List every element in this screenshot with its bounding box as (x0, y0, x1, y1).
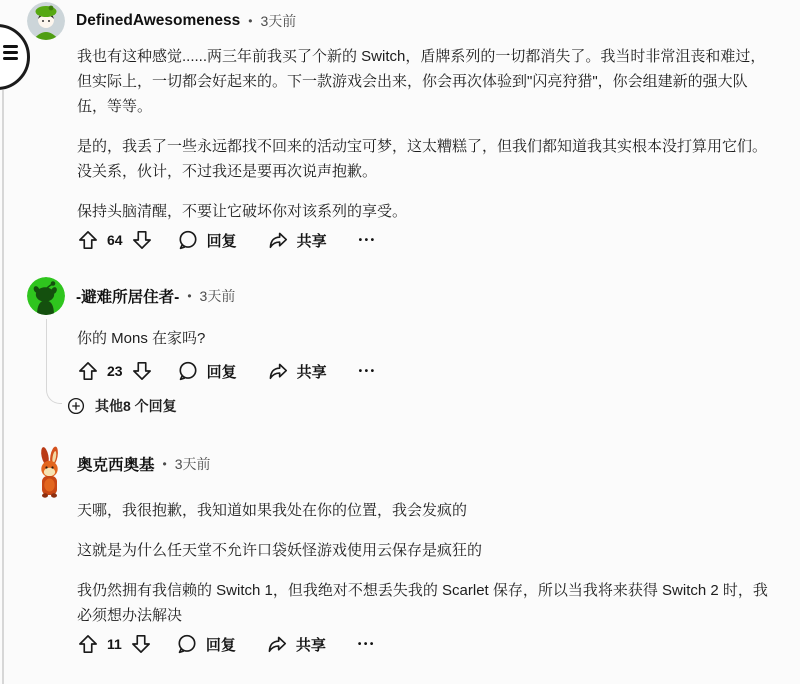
downvote-arrow-icon (130, 633, 152, 655)
comment-action-bar: 64 回复 共享 ••• (77, 226, 789, 254)
upvote-arrow-icon (77, 360, 99, 382)
meta-separator: • (248, 14, 252, 28)
expand-replies-button[interactable]: 其他8 个回复 (61, 395, 183, 417)
meta-separator: • (163, 457, 167, 471)
reply-label: 回复 (207, 361, 237, 382)
downvote-button[interactable] (130, 633, 152, 655)
timestamp: 3天前 (175, 454, 211, 474)
share-button[interactable]: 共享 (267, 229, 327, 251)
reply-button[interactable]: 回复 (176, 633, 236, 655)
comment-paragraph: 是的，我丢了一些永远都找不回来的活动宝可梦，这太糟糕了，但我们都知道我其实根本没… (77, 134, 777, 184)
comment-action-bar: 11 回复 共享 ••• (77, 630, 789, 658)
comment-bubble-icon (177, 360, 199, 382)
comment-bubble-icon (176, 633, 198, 655)
overflow-menu-button[interactable]: ••• (359, 366, 377, 377)
downvote-arrow-icon (131, 229, 153, 251)
comment-body: 天哪，我很抱歉，我知道如果我处在你的位置，我会发疯的 这就是为什么任天堂不允许口… (77, 498, 777, 628)
reply-button[interactable]: 回复 (177, 229, 237, 251)
expand-replies-label: 其他8 个回复 (95, 396, 177, 416)
share-label: 共享 (297, 230, 327, 251)
vote-count: 64 (107, 232, 123, 248)
comment-action-bar: 23 回复 共享 ••• (77, 357, 789, 385)
username[interactable]: -避难所居住者- (76, 285, 179, 307)
share-button[interactable]: 共享 (267, 360, 327, 382)
downvote-button[interactable] (131, 360, 153, 382)
comment: 奥克西奥基 • 3天前 天哪，我很抱歉，我知道如果我处在你的位置，我会发疯的 这… (27, 444, 789, 658)
overflow-menu-button[interactable]: ••• (359, 235, 377, 246)
share-arrow-icon (266, 633, 288, 655)
share-label: 共享 (296, 634, 326, 655)
vote-count: 23 (107, 363, 123, 379)
plus-circle-icon (67, 397, 85, 415)
comment-thread-page: { "meta_separator": "•", "action_bar": {… (0, 0, 800, 684)
share-arrow-icon (267, 229, 289, 251)
comment-body: 我也有这种感觉......两三年前我买了个新的 Switch，盾牌系列的一切都消… (77, 44, 777, 224)
snoo-avatar-icon (27, 277, 65, 315)
comment-paragraph: 我仍然拥有我信赖的 Switch 1，但我绝对不想丢失我的 Scarlet 保存… (77, 578, 777, 628)
username[interactable]: 奥克西奥基 (77, 453, 155, 475)
comment-header: 奥克西奥基 • 3天前 (27, 444, 789, 484)
comment: -避难所居住者- • 3天前 你的 Mons 在家吗? 23 回复 共享 •••… (27, 276, 789, 417)
comment: DefinedAwesomeness • 3天前 我也有这种感觉......两三… (27, 1, 789, 254)
overflow-menu-button[interactable]: ••• (358, 639, 376, 650)
share-label: 共享 (297, 361, 327, 382)
upvote-arrow-icon (77, 633, 99, 655)
comment-paragraph: 天哪，我很抱歉，我知道如果我处在你的位置，我会发疯的 (77, 498, 777, 523)
vote-count: 11 (107, 636, 122, 652)
comment-paragraph: 你的 Mons 在家吗? (77, 326, 777, 351)
downvote-button[interactable] (131, 229, 153, 251)
timestamp: 3天前 (200, 286, 236, 306)
comment-paragraph: 这就是为什么任天堂不允许口袋妖怪游戏使用云保存是疯狂的 (77, 538, 777, 563)
comment-paragraph: 保持头脑清醒，不要让它破坏你对该系列的享受。 (77, 199, 777, 224)
downvote-arrow-icon (131, 360, 153, 382)
share-arrow-icon (267, 360, 289, 382)
avatar[interactable] (27, 2, 65, 40)
character-green-hat-avatar-icon (27, 2, 65, 40)
reply-label: 回复 (206, 634, 236, 655)
timestamp: 3天前 (260, 11, 296, 31)
upvote-button[interactable] (77, 633, 99, 655)
reply-label: 回复 (207, 230, 237, 251)
comment-body: 你的 Mons 在家吗? (77, 326, 777, 351)
thread-rail-line (2, 90, 4, 684)
upvote-button[interactable] (77, 360, 99, 382)
collapse-thread-button[interactable] (0, 24, 30, 90)
reply-button[interactable]: 回复 (177, 360, 237, 382)
comment-bubble-icon (177, 229, 199, 251)
upvote-button[interactable] (77, 229, 99, 251)
comment-header: DefinedAwesomeness • 3天前 (27, 1, 789, 41)
username[interactable]: DefinedAwesomeness (76, 12, 240, 30)
comment-paragraph: 我也有这种感觉......两三年前我买了个新的 Switch，盾牌系列的一切都消… (77, 44, 777, 119)
meta-separator: • (187, 289, 191, 303)
share-button[interactable]: 共享 (266, 633, 326, 655)
upvote-arrow-icon (77, 229, 99, 251)
avatar[interactable] (27, 277, 65, 315)
comment-header: -避难所居住者- • 3天前 (27, 276, 789, 316)
